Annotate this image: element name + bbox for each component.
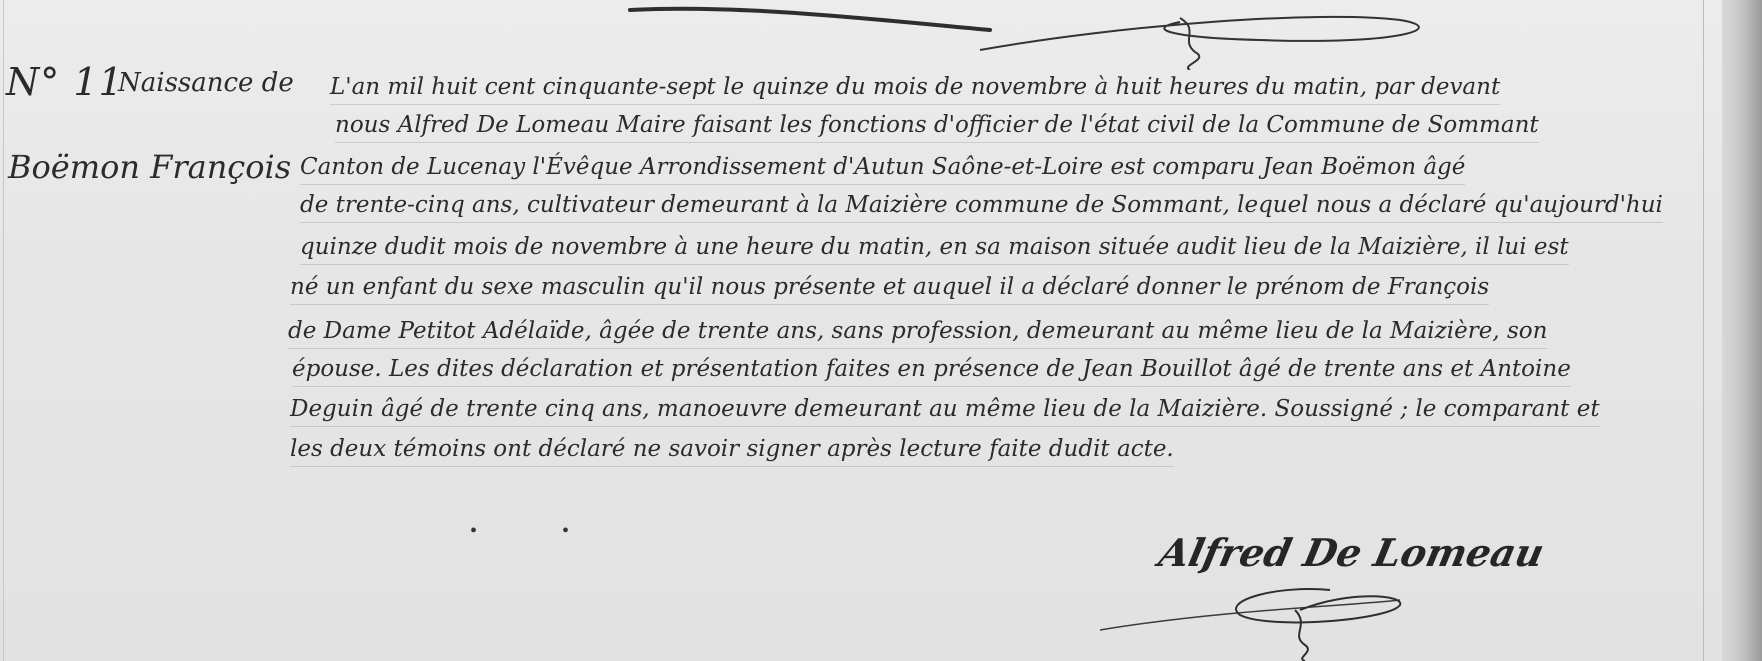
mayor-signature: Alfred De Lomeau [1155,530,1548,575]
previous-signature-flourish [620,0,1520,70]
body-line-5: quinze dudit mois de novembre à une heur… [300,232,1569,265]
body-line-7: de Dame Petitot Adélaïde, âgée de trente… [288,316,1547,349]
body-line-4: de trente-cinq ans, cultivateur demeuran… [300,190,1663,223]
register-page: N° 11 Naissance de Boëmon François L'an … [0,0,1762,661]
subject-name: Boëmon François [8,148,291,186]
signature-flourish [1100,570,1520,661]
body-line-2: nous Alfred De Lomeau Maire faisant les … [335,110,1539,143]
body-line-8: épouse. Les dites déclaration et présent… [292,354,1571,387]
body-line-9: Deguin âgé de trente cinq ans, manoeuvre… [290,394,1600,427]
left-margin-rule [3,0,4,661]
ink-spots: • • [470,520,609,543]
page-binding-edge [1722,0,1762,661]
body-line-1: L'an mil huit cent cinquante-sept le qui… [330,72,1500,105]
record-title: Naissance de [118,68,294,98]
body-line-10: les deux témoins ont déclaré ne savoir s… [290,434,1174,467]
record-number: N° 11 [6,60,124,104]
body-line-3: Canton de Lucenay l'Évêque Arrondissemen… [300,152,1465,185]
body-line-6: né un enfant du sexe masculin qu'il nous… [290,272,1489,305]
right-margin-rule [1703,0,1704,661]
